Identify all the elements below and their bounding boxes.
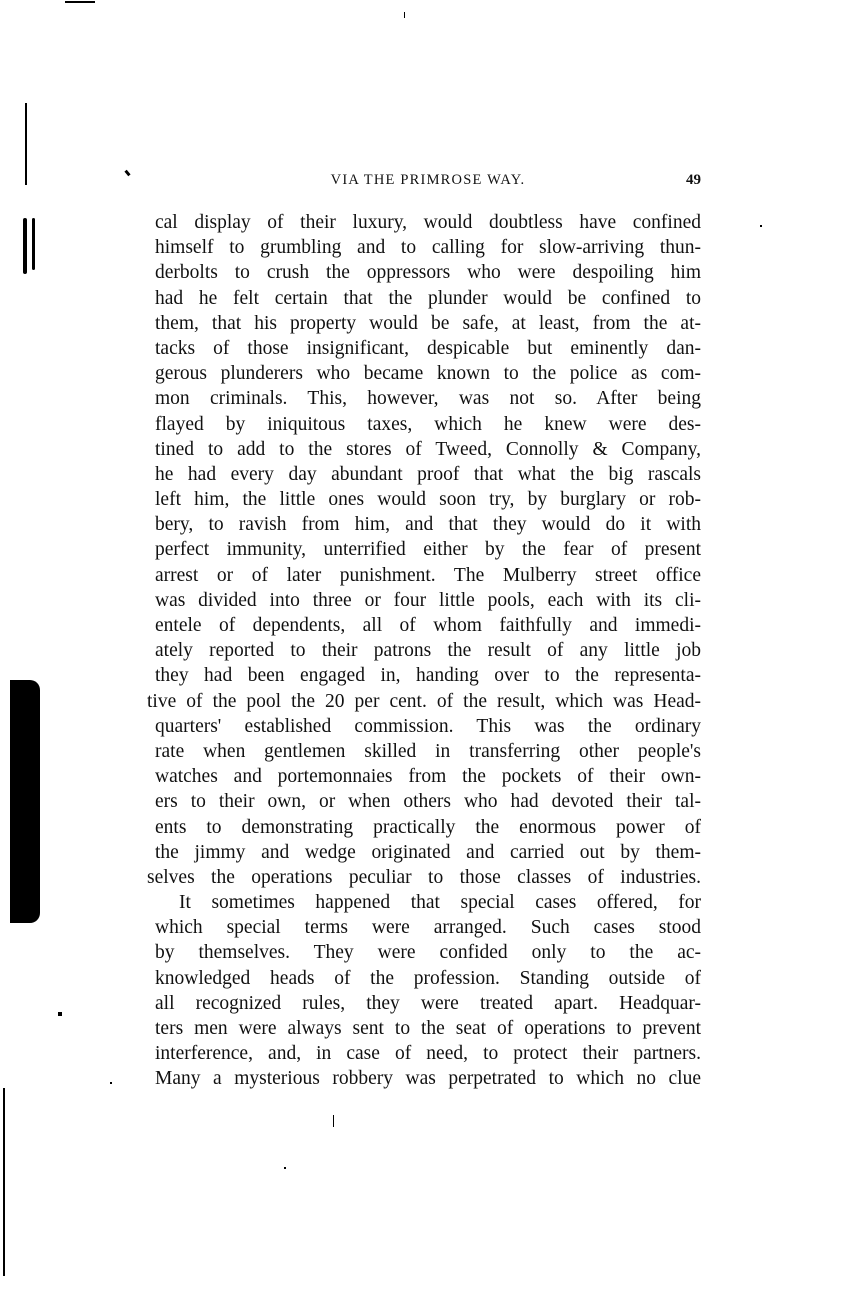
text-line: he had every day abundant proof that wha…	[155, 462, 701, 487]
page-number: 49	[686, 172, 701, 189]
text-line: cal display of their luxury, would doubt…	[155, 210, 701, 235]
text-line: Many a mysterious robbery was perpetrate…	[155, 1066, 701, 1091]
text-line: watches and portemonnaies from the pocke…	[155, 764, 701, 789]
scan-speck	[404, 12, 405, 18]
scan-speck	[284, 1167, 286, 1169]
scan-edge-mark-left-thick	[10, 680, 40, 923]
body-text: cal display of their luxury, would doubt…	[155, 210, 701, 1092]
text-line: which special terms were arranged. Such …	[155, 915, 701, 940]
text-line: flayed by iniquitous taxes, which he kne…	[155, 412, 701, 437]
text-line: tined to add to the stores of Tweed, Con…	[155, 437, 701, 462]
running-head: VIA THE PRIMROSE WAY. 49	[155, 172, 701, 194]
text-line: ents to demonstrating practically the en…	[155, 815, 701, 840]
text-line: tacks of those insignificant, despicable…	[155, 336, 701, 361]
text-line: ers to their own, or when others who had…	[155, 789, 701, 814]
scan-speck	[110, 1082, 112, 1084]
text-line: himself to grumbling and to calling for …	[155, 235, 701, 260]
text-line: knowledged heads of the profession. Stan…	[155, 966, 701, 991]
text-line: gerous plunderers who became known to th…	[155, 361, 701, 386]
text-line: rate when gentlemen skilled in transferr…	[155, 739, 701, 764]
text-line: entele of dependents, all of whom faithf…	[155, 613, 701, 638]
text-line: had he felt certain that the plunder wou…	[155, 286, 701, 311]
paragraph-start-line: It sometimes happened that special cases…	[155, 890, 701, 915]
text-line: quarters' established commission. This w…	[155, 714, 701, 739]
running-title: VIA THE PRIMROSE WAY.	[155, 172, 701, 189]
scan-edge-mark-left-bottom	[3, 1088, 5, 1276]
scan-speck	[760, 225, 762, 227]
text-line: derbolts to crush the oppressors who wer…	[155, 260, 701, 285]
text-line: interference, and, in case of need, to p…	[155, 1041, 701, 1066]
text-line: selves the operations peculiar to those …	[147, 865, 701, 890]
scan-speck	[58, 1012, 62, 1016]
scan-edge-mark-top	[65, 1, 95, 3]
text-line: they had been engaged in, handing over t…	[155, 663, 701, 688]
scan-edge-mark-left-double	[23, 218, 27, 274]
text-line: arrest or of later punishment. The Mulbe…	[155, 563, 701, 588]
text-line: them, that his property would be safe, a…	[155, 311, 701, 336]
text-line: mon criminals. This, however, was not so…	[155, 386, 701, 411]
text-line: left him, the little ones would soon try…	[155, 487, 701, 512]
text-line: bery, to ravish from him, and that they …	[155, 512, 701, 537]
book-page: VIA THE PRIMROSE WAY. 49 cal display of …	[0, 0, 863, 1291]
text-line: perfect immunity, unterrified either by …	[155, 537, 701, 562]
text-line: the jimmy and wedge originated and carri…	[155, 840, 701, 865]
scan-speck	[333, 1115, 334, 1127]
text-line: tive of the pool the 20 per cent. of the…	[147, 689, 701, 714]
text-line: ately reported to their patrons the resu…	[155, 638, 701, 663]
text-line: ters men were always sent to the seat of…	[155, 1016, 701, 1041]
scan-edge-mark-left-double-2	[32, 218, 35, 270]
text-line: all recognized rules, they were treated …	[155, 991, 701, 1016]
text-line: by themselves. They were confided only t…	[155, 940, 701, 965]
scan-edge-mark-left-thin	[25, 103, 27, 185]
text-line: was divided into three or four little po…	[155, 588, 701, 613]
scan-tick-mark	[124, 170, 130, 177]
